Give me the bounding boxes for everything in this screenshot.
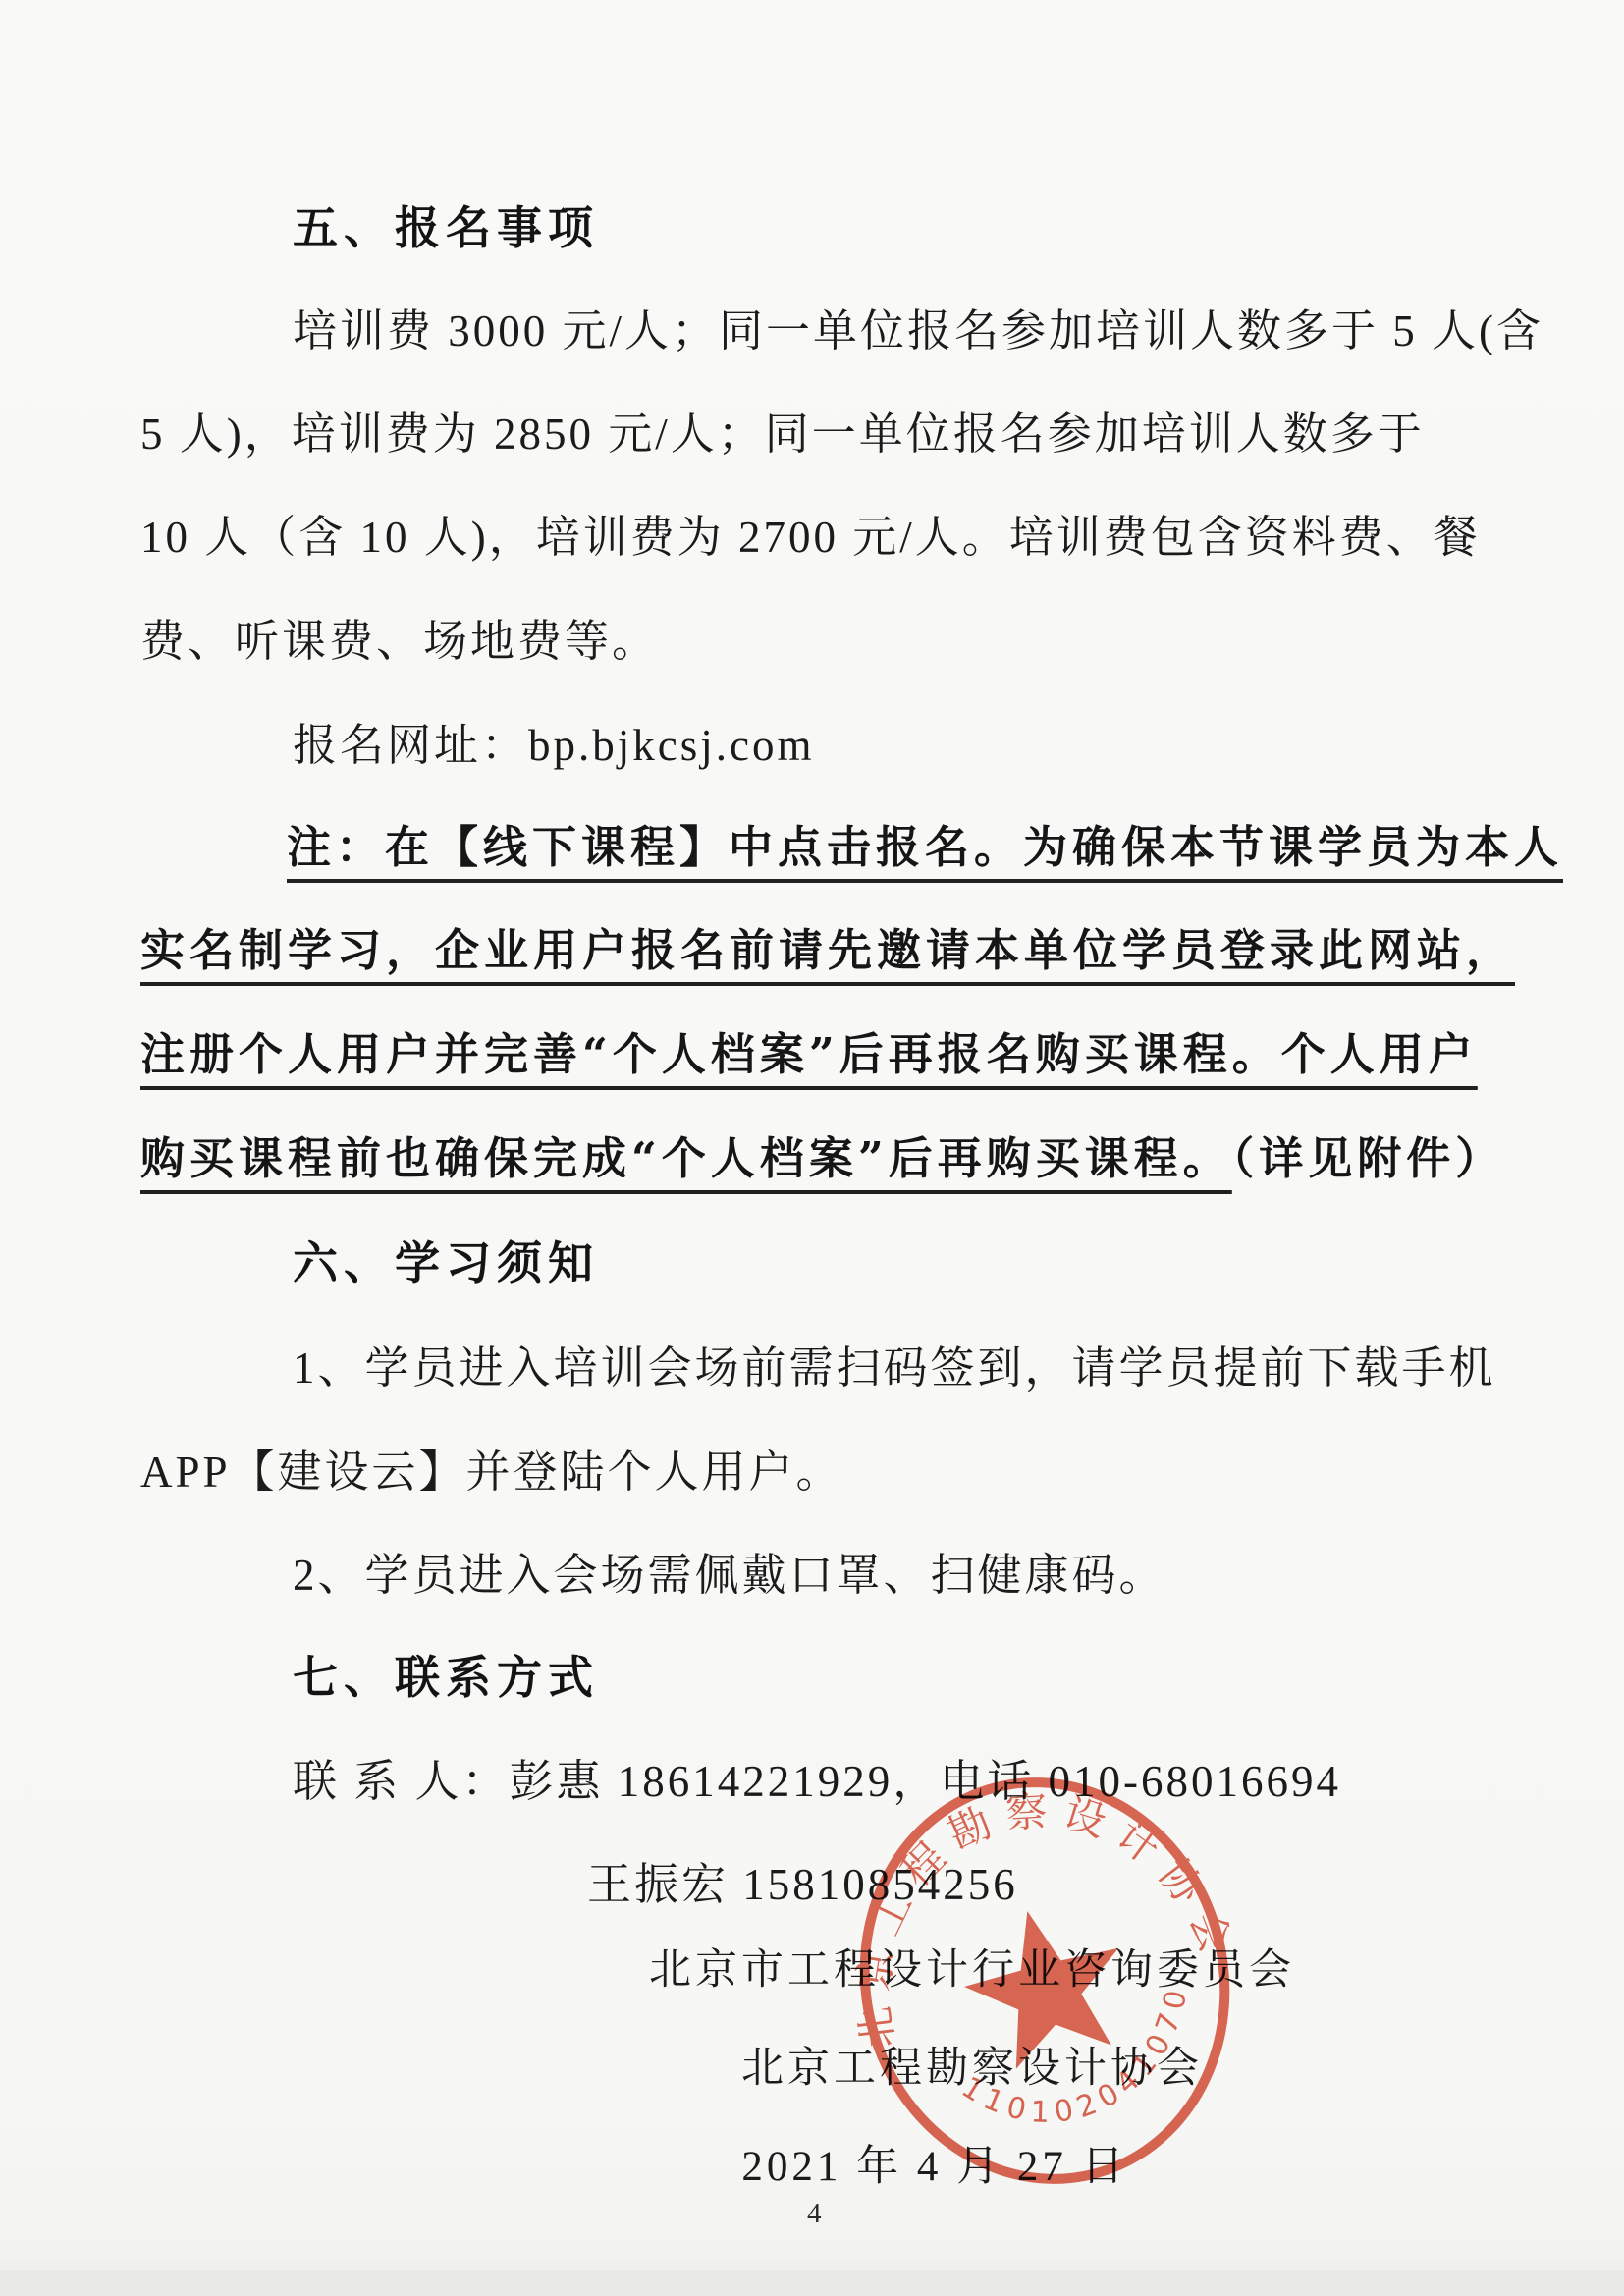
note-line-text: 实名制学习，企业用户报名前请先邀请本单位学员登录此网站， (140, 924, 1515, 976)
body-line: APP【建设云】并登陆个人用户。 (140, 1436, 843, 1500)
body-line: 10 人（含 10 人)，培训费为 2700 元/人。培训费包含资料费、餐 (140, 501, 1481, 565)
body-line: 1、学员进入培训会场前需扫码签到，请学员提前下载手机 (293, 1332, 1496, 1395)
note-line-text: 购买课程前也确保完成“个人档案”后再购买课程。 (140, 1132, 1232, 1184)
body-line: 2、学员进入会场需佩戴口罩、扫健康码。 (293, 1539, 1166, 1603)
official-seal-graphic: 北京工程勘察设计协会 1101020410702 (846, 1756, 1243, 2206)
page-number: 4 (807, 2198, 823, 2230)
official-seal: 北京工程勘察设计协会 1101020410702 (846, 1756, 1243, 2206)
document-page: 五、报名事项 培训费 3000 元/人；同一单位报名参加培训人数多于 5 人(含… (0, 0, 1624, 2296)
body-line: 费、听课费、场地费等。 (140, 605, 659, 669)
note-line: 注：在【线下课程】中点击报名。为确保本节课学员为本人 (287, 811, 1563, 875)
note-line-text: 注：在【线下课程】中点击报名。为确保本节课学员为本人 (287, 821, 1563, 873)
scan-bottom-band (0, 2270, 1624, 2296)
section-heading-5: 五、报名事项 (293, 192, 599, 257)
section-heading-7: 七、联系方式 (293, 1642, 599, 1707)
note-line-text: 注册个人用户并完善“个人档案”后再报名购买课程。个人用户 (140, 1028, 1478, 1080)
note-line: 注册个人用户并完善“个人档案”后再报名购买课程。个人用户 (140, 1018, 1478, 1082)
note-line: 实名制学习，企业用户报名前请先邀请本单位学员登录此网站， (140, 914, 1515, 978)
star-icon (950, 1892, 1141, 2077)
registration-url-line: 报名网址：bp.bjkcsj.com (293, 709, 814, 773)
note-line: 购买课程前也确保完成“个人档案”后再购买课程。（详见附件） (140, 1122, 1504, 1186)
body-line: 5 人)，培训费为 2850 元/人；同一单位报名参加培训人数多于 (140, 398, 1425, 462)
scan-edge-shade (0, 2261, 1624, 2270)
section-heading-6: 六、学习须知 (293, 1228, 599, 1292)
body-line: 培训费 3000 元/人；同一单位报名参加培训人数多于 5 人(含 (293, 295, 1543, 358)
note-suffix: （详见附件） (1232, 1132, 1505, 1184)
